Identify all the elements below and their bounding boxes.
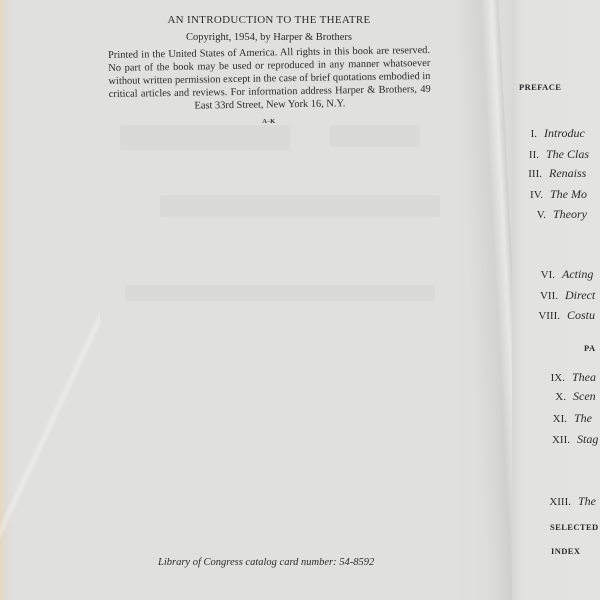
toc-title: Costu: [567, 308, 595, 322]
toc-numeral: XIII.: [535, 496, 571, 508]
toc-entry: VII.Direct: [522, 288, 595, 303]
toc-index: INDEX: [551, 546, 580, 556]
copyright-notice: Copyright, 1954, by Harper & Brothers: [108, 32, 430, 43]
library-of-congress-number: Library of Congress catalog card number:…: [158, 557, 374, 568]
toc-title: Stag: [577, 432, 598, 446]
bleed-through-text: [125, 285, 435, 301]
toc-entry: III.Renaiss: [506, 166, 586, 181]
printer-code: A-K: [108, 118, 430, 125]
toc-numeral: III.: [506, 168, 542, 180]
toc-numeral: VII.: [522, 290, 558, 302]
toc-selected-bibliography: SELECTED: [550, 522, 599, 532]
toc-title: Thea: [572, 370, 596, 384]
toc-numeral: VI.: [519, 269, 555, 281]
toc-title: Renaiss: [549, 166, 586, 180]
toc-title: The Clas: [546, 147, 589, 161]
toc-entry: X.Scen: [530, 389, 596, 404]
bleed-through-text: [160, 195, 440, 217]
toc-entry: XIII.The: [535, 494, 596, 509]
toc-title: The Mo: [550, 187, 587, 201]
toc-entry: XI.The: [531, 411, 592, 426]
toc-title: Introduc: [544, 126, 585, 140]
toc-title: Acting: [562, 267, 593, 281]
toc-entry: VI.Acting: [519, 267, 593, 282]
toc-title: Theory: [553, 207, 587, 221]
page-fold: [0, 250, 100, 600]
toc-numeral: X.: [530, 391, 566, 403]
toc-preface: PREFACE: [519, 82, 561, 92]
toc-entry: V.Theory: [510, 207, 587, 222]
bleed-through-text: [330, 125, 420, 147]
toc-numeral: V.: [510, 209, 546, 221]
toc-title: Scen: [573, 389, 596, 403]
toc-title: The: [578, 494, 596, 508]
toc-part-heading: PA: [584, 343, 596, 353]
toc-numeral: XI.: [531, 413, 567, 425]
toc-title: Direct: [565, 288, 595, 302]
toc-entry: I.Introduc: [501, 126, 585, 141]
toc-numeral: XII.: [534, 434, 570, 446]
toc-numeral: IV.: [507, 189, 543, 201]
toc-title: The: [574, 411, 592, 425]
bleed-through-text: [120, 125, 290, 150]
toc-entry: VIII.Costu: [524, 308, 595, 323]
toc-entry: II.The Clas: [503, 147, 589, 162]
toc-numeral: VIII.: [524, 310, 560, 322]
rights-statement: Printed in the United States of America.…: [108, 44, 431, 114]
toc-numeral: IX.: [529, 372, 565, 384]
toc-entry: IV.The Mo: [507, 187, 587, 202]
toc-numeral: I.: [501, 128, 537, 140]
toc-entry: XII.Stag: [534, 432, 598, 447]
toc-entry: IX.Thea: [529, 370, 596, 385]
book-title: AN INTRODUCTION TO THE THEATRE: [108, 14, 430, 26]
toc-numeral: II.: [503, 149, 539, 161]
copyright-block: AN INTRODUCTION TO THE THEATRE Copyright…: [108, 14, 430, 125]
left-page: AN INTRODUCTION TO THE THEATRE Copyright…: [0, 0, 512, 600]
